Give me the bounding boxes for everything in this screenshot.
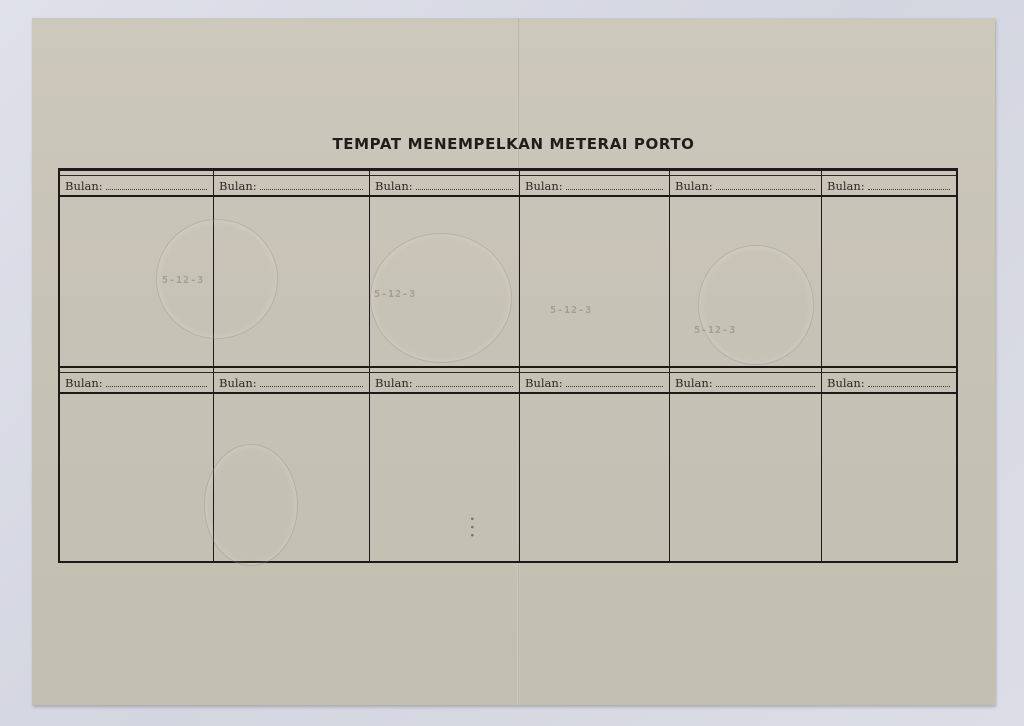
stamp-cell[interactable]: Bulan:	[670, 368, 822, 561]
month-label: Bulan:	[65, 179, 103, 193]
postmark-date: 5-12-3	[694, 325, 736, 336]
month-label: Bulan:	[525, 179, 563, 193]
stamp-cell[interactable]: Bulan:	[822, 171, 956, 366]
month-label: Bulan:	[525, 376, 563, 390]
month-field[interactable]: Bulan:	[670, 175, 821, 197]
month-label: Bulan:	[219, 376, 257, 390]
dotted-line	[566, 188, 663, 190]
month-field[interactable]: Bulan:	[520, 175, 669, 197]
month-field[interactable]: Bulan:	[520, 372, 669, 394]
stamp-area	[520, 394, 669, 561]
stamp-area: • • •	[370, 394, 519, 561]
month-label: Bulan:	[375, 179, 413, 193]
stamp-cell[interactable]: Bulan: 5-12-3	[370, 171, 520, 366]
month-label: Bulan:	[827, 179, 865, 193]
postage-due-card: TEMPAT MENEMPELKAN METERAI PORTO Bulan: …	[32, 18, 995, 705]
month-label: Bulan:	[65, 376, 103, 390]
ink-mark: • • •	[466, 516, 476, 538]
stamp-cell[interactable]: Bulan:	[822, 368, 956, 561]
month-label: Bulan:	[219, 179, 257, 193]
month-field[interactable]: Bulan:	[214, 175, 369, 197]
dotted-line	[106, 188, 207, 190]
stamp-area	[822, 394, 956, 561]
stamp-area	[670, 394, 821, 561]
stamp-cell[interactable]: Bulan: • • •	[370, 368, 520, 561]
postmark-impression	[204, 444, 298, 566]
stamp-cell[interactable]: Bulan: 5-12-3	[60, 171, 214, 366]
stamp-area	[60, 394, 213, 561]
stamp-area	[214, 197, 369, 366]
month-field[interactable]: Bulan:	[822, 372, 956, 394]
dotted-line	[716, 385, 815, 387]
dotted-line	[416, 188, 513, 190]
month-label: Bulan:	[675, 376, 713, 390]
month-field[interactable]: Bulan:	[670, 372, 821, 394]
dotted-line	[868, 188, 950, 190]
dotted-line	[868, 385, 950, 387]
stamp-cell[interactable]: Bulan: 5-12-3	[670, 171, 822, 366]
postmark-date: 5-12-3	[550, 305, 592, 316]
stamp-area: 5-12-3	[370, 197, 519, 366]
stamp-cell[interactable]: Bulan:	[214, 368, 370, 561]
postmark-date: 5-12-3	[374, 289, 416, 300]
grid-row-2: Bulan: Bulan: Bulan:	[60, 366, 956, 561]
month-field[interactable]: Bulan:	[214, 372, 369, 394]
stamp-cell[interactable]: Bulan:	[214, 171, 370, 366]
stamp-area	[214, 394, 369, 561]
dotted-line	[260, 188, 363, 190]
postmark-date: 5-12-3	[162, 275, 204, 286]
month-label: Bulan:	[827, 376, 865, 390]
month-field[interactable]: Bulan:	[60, 372, 213, 394]
month-field[interactable]: Bulan:	[370, 175, 519, 197]
dotted-line	[416, 385, 513, 387]
month-field[interactable]: Bulan:	[370, 372, 519, 394]
month-field[interactable]: Bulan:	[822, 175, 956, 197]
stamp-area: 5-12-3	[520, 197, 669, 366]
month-label: Bulan:	[675, 179, 713, 193]
stamp-grid: Bulan: 5-12-3 Bulan: Bulan:	[58, 168, 958, 563]
grid-row-1: Bulan: 5-12-3 Bulan: Bulan:	[60, 171, 956, 366]
postmark-impression	[698, 245, 814, 365]
stamp-area: 5-12-3	[60, 197, 213, 366]
stamp-area: 5-12-3	[670, 197, 821, 366]
dotted-line	[260, 385, 363, 387]
dotted-line	[716, 188, 815, 190]
dotted-line	[566, 385, 663, 387]
stamp-cell[interactable]: Bulan:	[520, 368, 670, 561]
stamp-cell[interactable]: Bulan: 5-12-3	[520, 171, 670, 366]
stamp-cell[interactable]: Bulan:	[60, 368, 214, 561]
form-title: TEMPAT MENEMPELKAN METERAI PORTO	[32, 135, 995, 153]
dotted-line	[106, 385, 207, 387]
month-label: Bulan:	[375, 376, 413, 390]
month-field[interactable]: Bulan:	[60, 175, 213, 197]
stamp-area	[822, 197, 956, 366]
